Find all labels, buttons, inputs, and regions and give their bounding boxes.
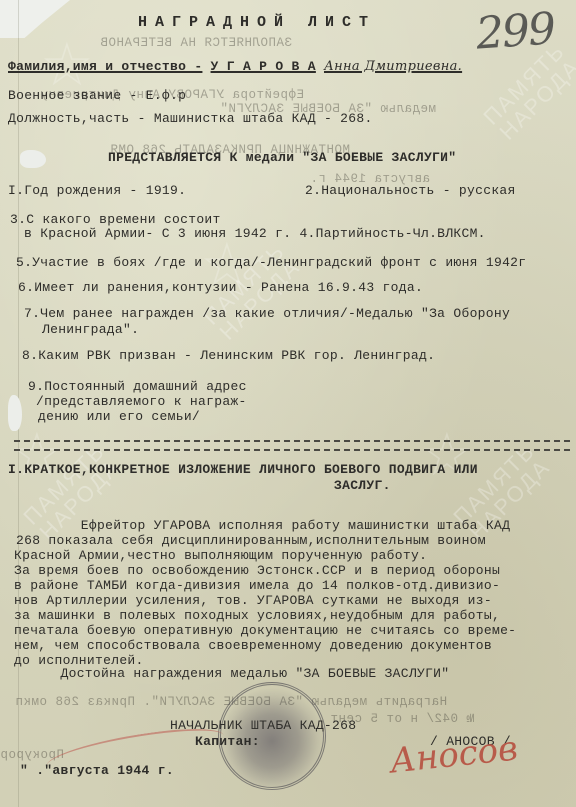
item-prior-awards: 7.Чем ранее награжден /за какие отличия/… [24, 306, 510, 321]
item-prior-awards-cont: Ленинграда". [42, 322, 139, 337]
item-battles: 5.Участие в боях /где и когда/-Ленинград… [16, 255, 526, 270]
section-heading-cont: ЗАСЛУГ. [334, 478, 391, 493]
recommended-for: ПРЕДСТАВЛЯЕТСЯ К медали "ЗА БОЕВЫЕ ЗАСЛУ… [108, 150, 456, 165]
field-position: Должность,часть - Машинистка штаба КАД -… [8, 111, 373, 126]
item-nationality: 2.Национальность - русская [305, 183, 516, 198]
name-label: Фамилия,имя и отчество - [8, 59, 202, 74]
position-label: Должность,часть - [8, 111, 146, 126]
section-heading: I.КРАТКОЕ,КОНКРЕТНОЕ ИЗЛОЖЕНИЕ ЛИЧНОГО Б… [8, 462, 478, 477]
name-value: У Г А Р О В А [211, 59, 316, 74]
item-conscription: 8.Каким РВК призван - Ленинским РВК гор.… [22, 348, 435, 363]
narrative-line: за машинки в полевых походных условиях,н… [14, 608, 500, 623]
watermark-star-icon: ☆ [10, 420, 64, 490]
separator-rule [14, 440, 570, 451]
item-wounds: 6.Имеет ли ранения,контузии - Ранена 16.… [18, 280, 423, 295]
narrative-line: За время боев по освобождению Эстонск.СС… [14, 563, 500, 578]
item-address: 9.Постоянный домашний адрес [28, 379, 247, 394]
signer-title: НАЧАЛЬНИК ШТАБА КАД-268 [170, 718, 356, 733]
paper-damage [20, 150, 46, 168]
narrative-line: Достойна награждения медалью "ЗА БОЕВЫЕ … [20, 666, 449, 681]
narrative-line: в районе ТАМБИ когда-дивизия имела до 14… [14, 578, 500, 593]
document-date: " ."августа 1944 г. [20, 763, 174, 778]
narrative-line: 268 показала себя дисциплинированным,исп… [16, 533, 486, 548]
rank-value: Е.ф.р [146, 88, 187, 103]
field-rank: Военное звание - Е.ф.р [8, 88, 186, 103]
watermark-star-icon: ☆ [420, 420, 474, 490]
name-handwritten: Анна Дмитриевна. [324, 59, 462, 74]
narrative-line: печатала боевую оперативную документацию… [14, 623, 516, 638]
narrative-line: нем, чем способствовала своевременному д… [14, 638, 492, 653]
bleed-through-text: ЗАПОЛНЯЕТСЯ НА ВЕТЕРАНОВ [100, 36, 292, 50]
rank-label: Военное звание - [8, 88, 138, 103]
item-service-since: 3.С какого времени состоит [10, 212, 221, 227]
narrative-line: нов Артиллерии усиления, тов. УГАРОВА су… [14, 593, 492, 608]
position-value: Машинистка штаба КАД - 268. [154, 111, 373, 126]
document-title: НАГРАДНОЙ ЛИСТ [138, 14, 376, 31]
item-service-since-value: в Красной Армии- С 3 июня 1942 г. 4.Парт… [24, 226, 486, 241]
paper-damage [8, 395, 22, 431]
narrative-line: Красной Армии,честно выполняющим поручен… [14, 548, 427, 563]
signer-rank: Капитан: [195, 734, 260, 749]
field-name: Фамилия,имя и отчество - У Г А Р О В А А… [8, 59, 462, 74]
narrative-line: Ефрейтор УГАРОВА исполняя работу машинис… [16, 518, 510, 533]
item-address-cont: /представляемого к награж- [36, 394, 247, 409]
item-address-cont: дению или его семьи/ [38, 409, 200, 424]
item-birth-year: I.Год рождения - 1919. [8, 183, 186, 198]
archive-number: 299 [474, 3, 555, 59]
